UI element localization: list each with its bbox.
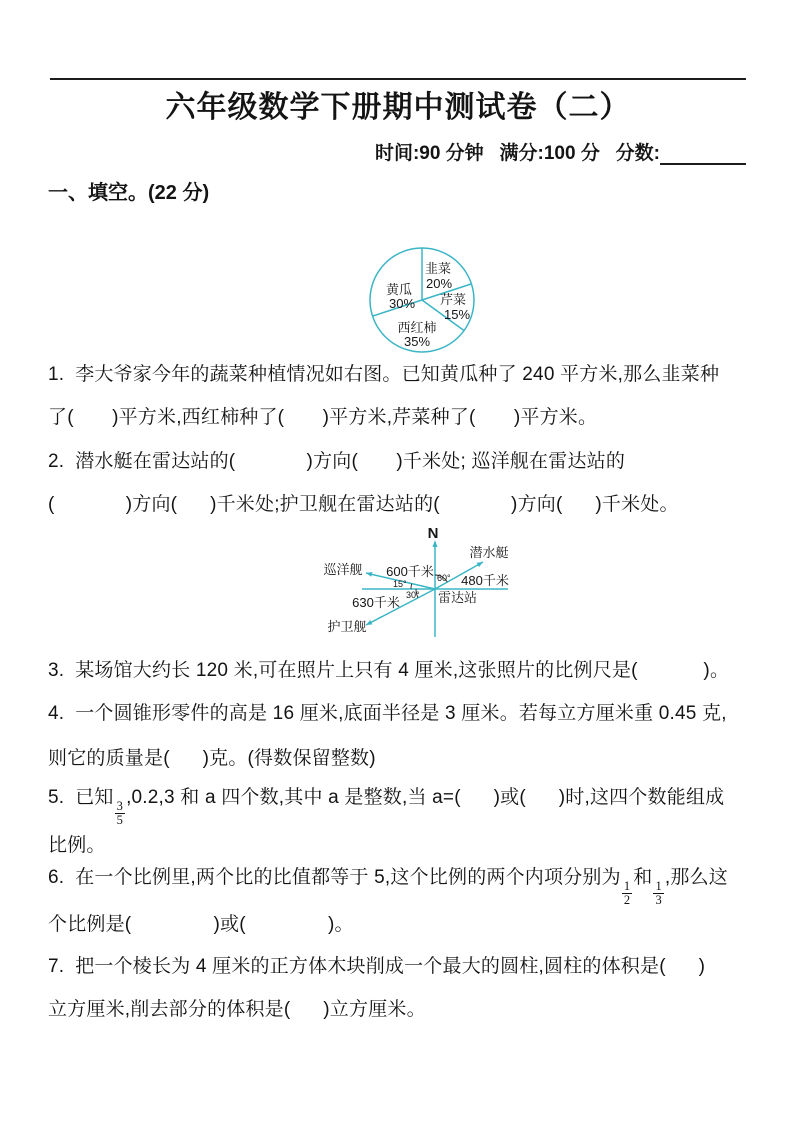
frigate-angle: 30° [406,590,420,600]
pie-label-leek: 韭菜 [425,261,451,276]
pie-value-cucumber: 30% [389,296,415,311]
cruiser-distance: 600千米 [386,564,434,579]
frigate-label: 护卫舰 [327,619,366,634]
submarine-label: 潜水艇 [469,545,508,560]
question-1-line-2: 了( )平方米,西红柿种了( )平方米,芹菜种了( )平方米。 [48,405,762,431]
frigate-distance: 630千米 [352,595,400,610]
submarine-angle: 60° [437,573,451,583]
cruiser-angle: 15° [393,579,407,589]
question-5-line-2: 比例。 [48,833,762,859]
exam-info-text: 时间:90 分钟 满分:100 分 分数: [375,143,660,164]
question-3-line-1: 3. 某场馆大约长 120 米,可在照片上只有 4 厘米,这张照片的比例尺是( … [48,658,762,684]
question-2-line-1: 2. 潜水艇在雷达站的( )方向( )千米处; 巡洋舰在雷达站的 [48,449,762,475]
question-6-line-2: 个比例是( )或( )。 [48,912,762,938]
header-divider [50,78,746,80]
radar-station-label: 雷达站 [438,590,477,605]
pie-label-tomato: 西红柿 [397,320,436,335]
fraction-3-5-numerator: 3 [115,800,125,813]
q6-text-pre: 6. 在一个比例里,两个比的比值都等于 5,这个比例的两个内项分别为 [48,867,621,888]
question-5-line-1: 5. 已知35,0.2,3 和 a 四个数,其中 a 是整数,当 a=( )或(… [48,785,762,827]
q5-text-pre: 5. 已知 [48,787,114,808]
question-1-line-1: 1. 李大爷家今年的蔬菜种植情况如右图。已知黄瓜种了 240 平方米,那么韭菜种 [48,362,762,388]
exam-page: 六年级数学下册期中测试卷（二） 时间:90 分钟 满分:100 分 分数: 一、… [0,0,793,1122]
q6-text-post: ,那么这 [665,867,728,888]
fraction-3-5-denominator: 5 [115,813,125,827]
fraction-1-2-numerator: 1 [622,880,632,893]
direction-diagram: N 潜水艇 480千米 60° 巡洋舰 600千米 15° 30° 雷达站 63… [298,524,542,648]
north-label: N [428,525,439,542]
cruiser-label: 巡洋舰 [323,562,362,577]
pie-value-leek: 20% [426,276,452,291]
question-7-line-1: 7. 把一个棱长为 4 厘米的正方体木块削成一个最大的圆柱,圆柱的体积是( ) [48,954,762,980]
fraction-1-3-denominator: 3 [653,893,663,907]
pie-label-celery: 芹菜 [440,292,466,307]
fraction-1-3: 13 [653,880,663,907]
question-4-line-1: 4. 一个圆锥形零件的高是 16 厘米,底面半径是 3 厘米。若每立方厘米重 0… [48,701,762,727]
pie-value-celery: 15% [444,307,470,322]
question-2-line-2: ( )方向( )千米处;护卫舰在雷达站的( )方向( )千米处。 [48,492,762,518]
q5-text-post: ,0.2,3 和 a 四个数,其中 a 是整数,当 a=( )或( )时,这四个… [126,787,724,808]
question-7-line-2: 立方厘米,削去部分的体积是( )立方厘米。 [48,997,762,1023]
submarine-distance: 480千米 [461,573,509,588]
fraction-1-2-denominator: 2 [622,893,632,907]
fraction-1-2: 12 [622,880,632,907]
pie-value-tomato: 35% [404,334,430,349]
q6-text-mid: 和 [633,867,652,888]
pie-chart: 韭菜 20% 芹菜 15% 西红柿 35% 黄瓜 30% [363,240,483,358]
exam-info: 时间:90 分钟 满分:100 分 分数: [50,138,746,165]
question-6-line-1: 6. 在一个比例里,两个比的比值都等于 5,这个比例的两个内项分别为12和13,… [48,865,762,907]
fraction-3-5: 35 [115,800,125,827]
page-title: 六年级数学下册期中测试卷（二） [50,82,746,126]
fraction-1-3-numerator: 1 [653,880,663,893]
section-heading: 一、填空。(22 分) [48,176,209,205]
question-4-line-2: 则它的质量是( )克。(得数保留整数) [48,746,762,772]
score-blank-line [660,144,746,165]
pie-label-cucumber: 黄瓜 [386,282,412,297]
